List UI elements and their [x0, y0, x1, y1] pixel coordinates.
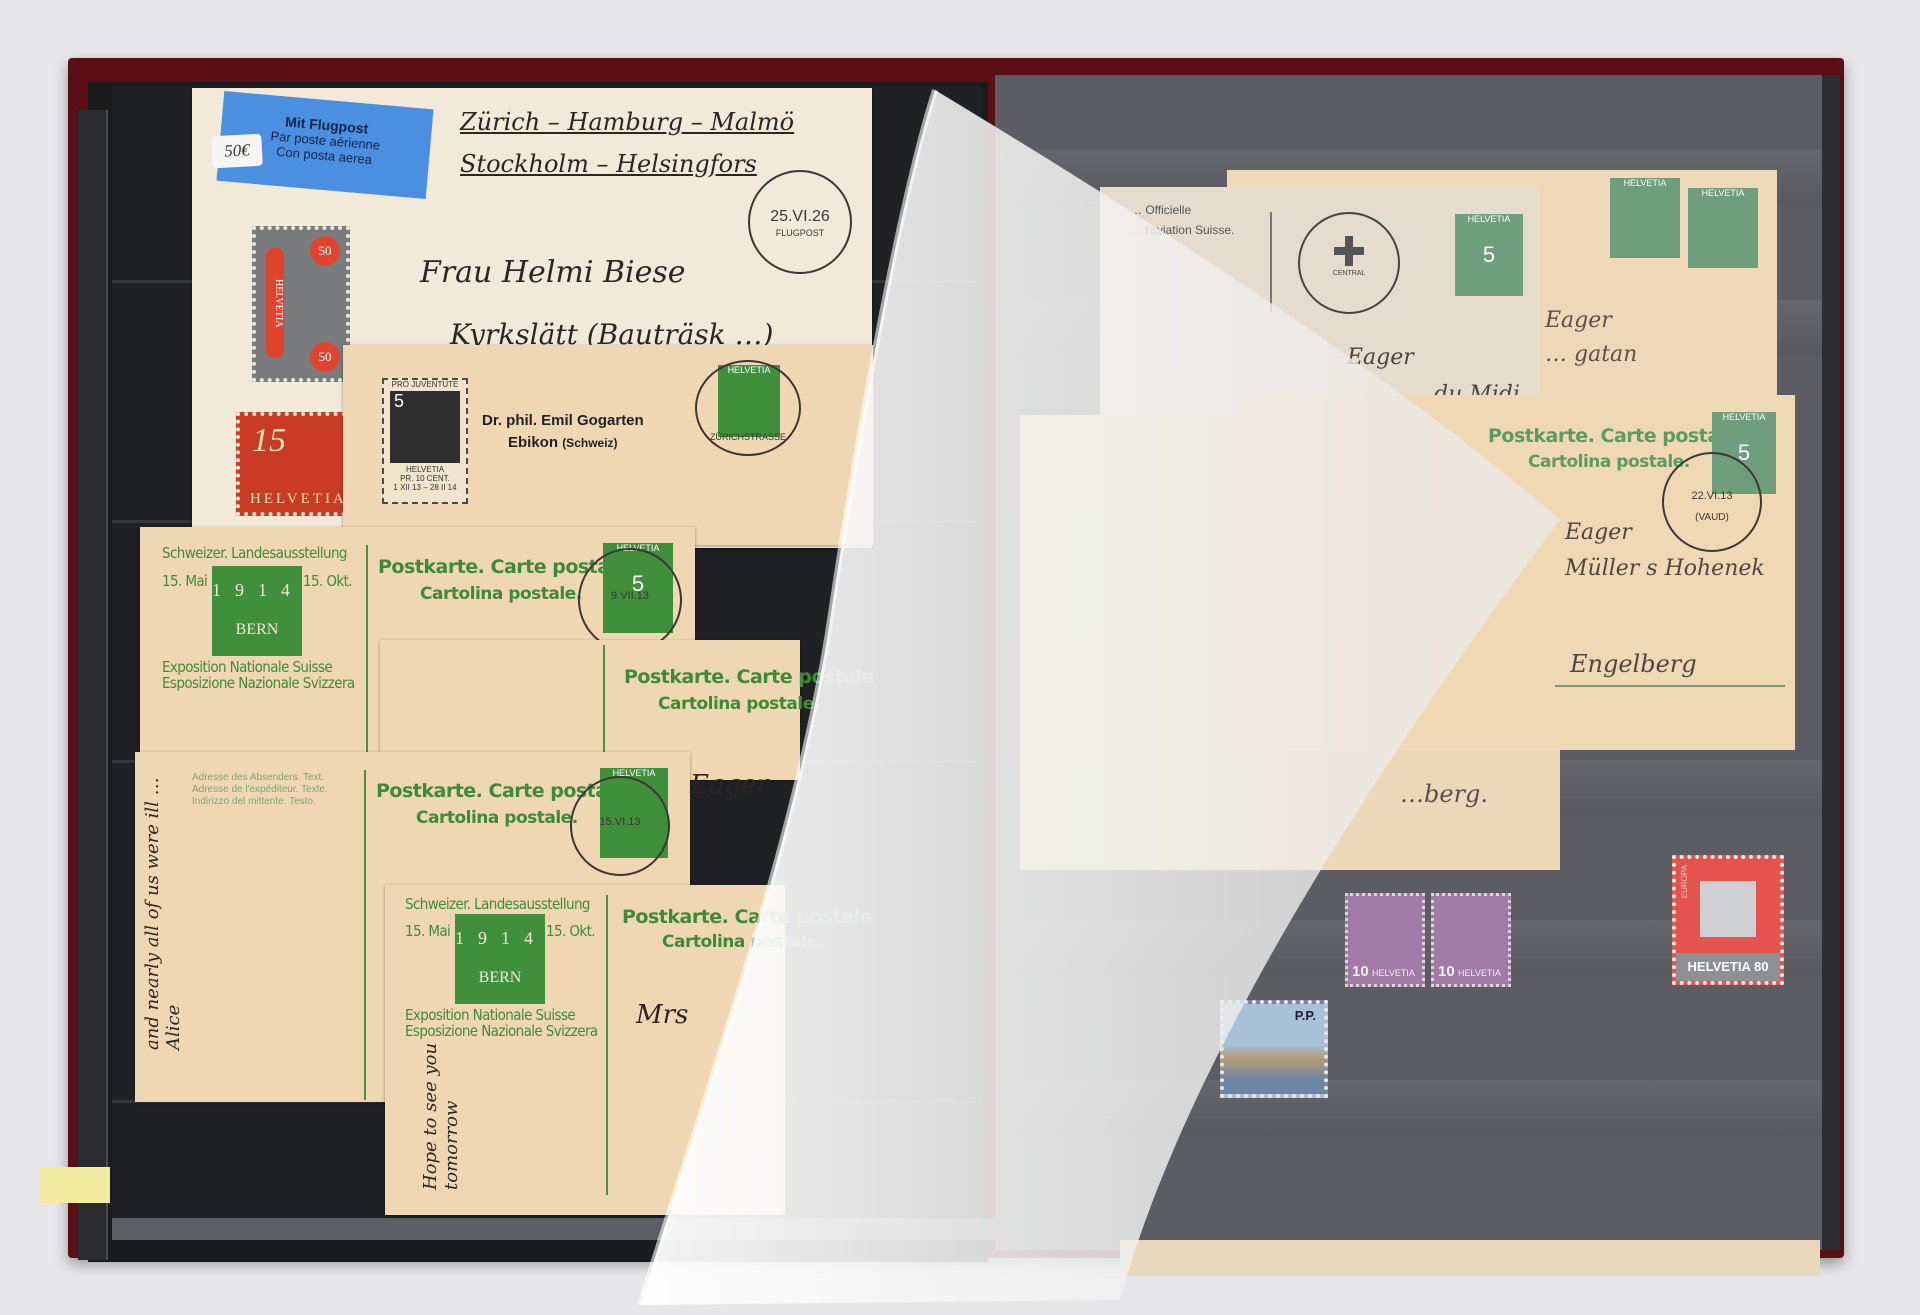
flugpost-cancel: 25.VI.26 FLUGPOST	[748, 170, 852, 274]
luzern-cancel: 9.VII.13	[578, 548, 682, 652]
stamp-europa-80[interactable]: EUROPA HELVETIA 80	[1672, 855, 1784, 985]
city-name: …berg.	[1400, 780, 1488, 808]
pj-value: 5	[394, 391, 404, 411]
stamp-value: 50	[310, 236, 340, 266]
stamp-country: HELVETIA	[1372, 968, 1415, 978]
expo-badge: 1914 BERN	[212, 566, 302, 656]
card-divider	[606, 895, 608, 1195]
return-address-label: Adresse des Absenders. Text. Adresse de …	[192, 772, 328, 808]
stamp-country: HELVETIA	[1688, 188, 1758, 198]
route-line-1: Zürich – Hamburg – Malmö	[460, 108, 794, 136]
expo-date-end: 15. Okt.	[546, 922, 595, 940]
cartolina-header: Cartolina postale.	[658, 694, 820, 714]
expo-date-end: 15. Okt.	[303, 572, 352, 590]
recipient-prefix: Mrs	[636, 1000, 688, 1030]
stamp-country: HELVETIA	[1688, 959, 1751, 974]
pro-juventute-stamp[interactable]: PRO JUVENTUTE 5 HELVETIA PR. 10 CENT. 1 …	[382, 378, 468, 504]
sender-city-name: Ebikon	[508, 434, 558, 451]
seal-center-bottom: CENTRAL	[1300, 270, 1398, 277]
stamp-value: 10	[1352, 963, 1369, 980]
price-sticker: 50€	[211, 134, 263, 169]
stamp-country: HELVETIA	[1712, 412, 1776, 422]
expo-badge: 1914 BERN	[455, 914, 545, 1004]
pp-label: P.P.	[1295, 1008, 1316, 1023]
stamp-value: 80	[1754, 959, 1768, 974]
postkarte-header: Postkarte. Carte postale	[624, 666, 874, 688]
stamp-chillon-10[interactable]: 10 HELVETIA	[1345, 893, 1425, 987]
card-edge	[1120, 1240, 1820, 1276]
expo-subtitle-it: Esposizione Nazionale Svizzera	[162, 674, 355, 692]
expo-date-start: 15. Mai	[405, 922, 450, 940]
expo-city: BERN	[455, 969, 545, 987]
stamp-country: HELVETIA	[1458, 968, 1501, 978]
recipient-name: Eager	[690, 770, 769, 800]
officielle-caption: … Officielle … l'aviation Suisse.	[1130, 200, 1234, 240]
cancel-bottom: FLUGPOST	[750, 228, 850, 238]
cancel-date: 22.VI.13	[1664, 490, 1760, 502]
pj-price: PR. 10 CENT.	[384, 474, 466, 483]
recipient-name: Eager	[1565, 520, 1632, 545]
stamp-country-value: HELVETIA 80	[1676, 953, 1780, 981]
postkarte-header: Postkarte. Carte postale	[1488, 425, 1738, 447]
stamp-value: 15	[252, 422, 350, 460]
cancel-date: 25.VI.26	[750, 208, 850, 226]
postkarte-header: Postkarte. Carte postale	[622, 906, 872, 928]
cancel-date: 15.VI.13	[572, 816, 668, 828]
stamp-value: 5	[1455, 242, 1523, 268]
address-line: Müller s Hohenek	[1565, 556, 1765, 581]
sender-name: Dr. phil. Emil Gogarten	[482, 412, 644, 429]
expo-year: 1914	[455, 928, 545, 949]
red-cross-icon	[1700, 881, 1756, 937]
pj-country: HELVETIA	[384, 465, 466, 474]
handwritten-message: Hope to see you tomorrow	[420, 1020, 462, 1190]
stamp-airmail-50[interactable]: 50 HELVETIA 50	[252, 226, 350, 382]
expo-date-start: 15. Mai	[162, 572, 207, 590]
cartolina-header: Cartolina postale.	[416, 808, 578, 828]
europa-label: EUROPA	[1680, 865, 1689, 898]
right-page-edge	[1822, 75, 1840, 1250]
tell-stamp[interactable]: HELVETIA	[1610, 178, 1680, 258]
swiss-cross-icon	[1334, 236, 1364, 266]
card-divider	[366, 545, 368, 755]
card-divider	[1270, 212, 1272, 312]
stamp-value: 50	[310, 342, 340, 372]
recipient-name: Eager	[1347, 345, 1414, 370]
stamp-country: HELVETIA	[266, 248, 284, 358]
officielle-line-1: … Officielle	[1130, 200, 1234, 220]
recipient-name: Eager	[1545, 308, 1612, 333]
cancel-text: (VAUD)	[1664, 512, 1760, 523]
sender-country: (Schweiz)	[562, 436, 617, 450]
route-line-2: Stockholm – Helsingfors	[460, 150, 757, 178]
stockbook-strip	[1000, 1080, 1830, 1136]
expo-title: Schweizer. Landesausstellung	[405, 895, 590, 913]
return-de: Adresse des Absenders. Text.	[192, 772, 328, 784]
cartolina-header: Cartolina postale.	[662, 932, 824, 952]
cancel-text: ZÜRICHSTRASSE	[697, 432, 799, 442]
stamp-value: 10	[1438, 963, 1455, 980]
nationalsammlung-seal: CENTRAL	[1298, 212, 1400, 314]
city-name: Engelberg	[1570, 650, 1697, 678]
expo-city: BERN	[212, 621, 302, 639]
sticky-tab[interactable]	[40, 1167, 110, 1203]
handwritten-message: and nearly all of us were ill … Alice	[142, 750, 184, 1050]
address-rule	[1555, 685, 1785, 687]
sender-city: Ebikon (Schweiz)	[508, 434, 618, 451]
stamp-country: HELVETIA	[250, 491, 347, 508]
cartolina-header: Cartolina postale.	[420, 584, 582, 604]
stamp-airmail-15[interactable]: 15 HELVETIA	[236, 412, 354, 516]
officielle-line-2: … l'aviation Suisse.	[1130, 220, 1234, 240]
pj-dates: 1 XII 13 – 28 II 14	[384, 483, 466, 492]
expo-title: Schweizer. Landesausstellung	[162, 544, 347, 562]
vaud-cancel: 22.VI.13 (VAUD)	[1662, 452, 1762, 552]
return-it: Indirizzo del mittente. Testo.	[192, 796, 328, 808]
tell-stamp[interactable]: HELVETIA	[1688, 188, 1758, 268]
address-line: … gatan	[1545, 342, 1637, 367]
addressee: Frau Helmi Biese	[420, 255, 686, 290]
pj-title: PRO JUVENTUTE	[384, 380, 466, 389]
card-divider	[603, 645, 605, 765]
stamp-chillon-10[interactable]: 10 HELVETIA	[1431, 893, 1511, 987]
return-fr: Adresse de l'expéditeur. Texte.	[192, 784, 328, 796]
stamp-pp-landscape[interactable]: P.P.	[1220, 1000, 1328, 1098]
pj-portrait: 5	[390, 391, 460, 463]
tell-stamp[interactable]: HELVETIA 5	[1455, 214, 1523, 296]
st-legier-cancel: 15.VI.13	[570, 776, 670, 876]
card-divider	[364, 770, 366, 1100]
cartolina-header: Cartolina postale.	[1528, 452, 1690, 472]
stamp-country: HELVETIA	[1455, 214, 1523, 224]
stamp-country: HELVETIA	[1610, 178, 1680, 188]
left-page-edge	[78, 110, 108, 1260]
expo-year: 1914	[212, 580, 302, 601]
zurichstrasse-cancel: ZÜRICHSTRASSE	[695, 360, 801, 456]
cancel-date: 9.VII.13	[580, 590, 680, 602]
